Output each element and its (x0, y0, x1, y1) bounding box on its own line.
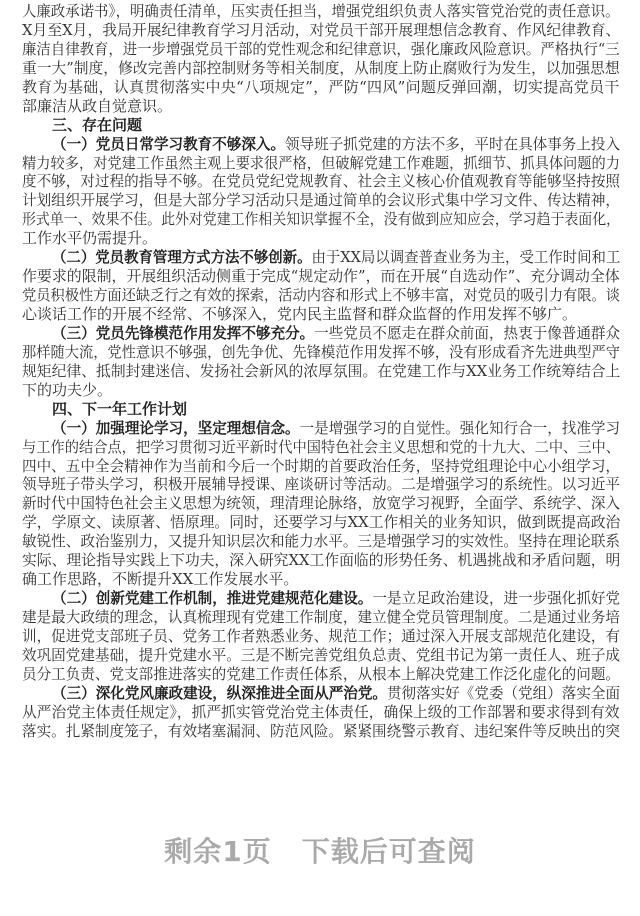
subheading: （三）深化党风廉政建设，纵深推进全面从严治党。 (52, 684, 387, 702)
paragraph-text: 贯彻落实好《党委（党组）落实全面 (387, 684, 620, 702)
paragraph-start: （二）创新党建工作机制，推进党建规范化建设。一是立足政治建设，进一步强化抓好党 (22, 589, 620, 608)
text-line: 训，促进党支部班子员、党务工作者熟悉业务、规范工作；通过深入开展支部规范化建设，… (22, 627, 620, 646)
text-line: 人廉政承诺书》，明确责任清单，压实责任担当，增强党组织负责人落实管党治党的责任意… (22, 2, 620, 21)
text-line: 敏锐性、政治鉴别力，又提升知识层次和能力水平。三是增强学习的实效性。坚持在理论联… (22, 532, 620, 551)
text-line: 领导班子带头学习，积极开展辅导授课、座谈研讨等活动。二是增强学习的系统性。以习近… (22, 475, 620, 494)
text-line: 与工作的结合点，把学习贯彻习近平新时代中国特色社会主义思想和党的十九大、二中、三… (22, 438, 620, 457)
text-line: 学，学原文、读原著、悟原理。同时，还要学习与XX工作相关的业务知识，做到既提高政… (22, 513, 620, 532)
text-line: 工作水平仍需提升。 (22, 229, 620, 248)
text-line: 形式单一、效果不佳。此外对党建工作相关知识掌握不全，没有做到应知应会，学习趋于表… (22, 210, 620, 229)
subheading: （二）党员教育管理方式方法不够创新。 (52, 248, 312, 266)
text-line: 从严治党主体责任规定》，抓严抓实管党治党主体责任，确保上级的工作部署和要求得到有… (22, 703, 620, 722)
section-heading-plan: 四、下一年工作计划 (22, 400, 620, 419)
paragraph-start: （三）深化党风廉政建设，纵深推进全面从严治党。贯彻落实好《党委（党组）落实全面 (22, 684, 620, 703)
text-line: 建是最大政绩的理念，认真梳理现有党建工作制度，建立健全党员管理制度。二是通过业务… (22, 608, 620, 627)
subheading: （二）创新党建工作机制，推进党建规范化建设。 (52, 589, 372, 607)
text-line: 新时代中国特色社会主义思想为统领，理清理论脉络，放宽学习视野，全面学、系统学、深… (22, 494, 620, 513)
remaining-pages-label: 剩余1页 (164, 830, 271, 870)
paragraph-text: 领导班子抓党建的方法不多，平时在具体事务上投入 (285, 135, 620, 153)
section-heading-problems: 三、存在问题 (22, 116, 620, 135)
text-line: 教育为基础，认真贯彻落实中央“八项规定”，严防“四风”问题反弹回潮，切实提高党员… (22, 78, 620, 97)
text-line: 效巩固党建基础，提升党建水平。三是不断完善党组负总责、党组书记为第一责任人、班子… (22, 646, 620, 665)
paragraph-text: 一些党员不愿走在群众前面，热衷于像普通群众 (314, 324, 620, 342)
document-page: 人廉政承诺书》，明确责任清单，压实责任担当，增强党组织负责人落实管党治党的责任意… (22, 2, 620, 741)
paragraph-text: 由于XX局以调查普查业务为主，受工作时间和工 (312, 248, 621, 266)
text-line: 重一大”制度，修改完善内部控制财务等相关制度，从制度上防止腐败行为发生，以加强思… (22, 59, 620, 78)
paragraph-start: （三）党员先锋模范作用发挥不够充分。一些党员不愿走在群众前面，热衷于像普通群众 (22, 324, 620, 343)
text-line: 作要求的限制，开展组织活动侧重于完成“规定动作”，而在开展“自选动作”、充分调动… (22, 267, 620, 286)
text-line: 实际、理论指导实践上下功夫，深入研究XX工作面临的形势任务、机遇挑战和矛盾问题，… (22, 551, 620, 570)
text-line: 四中、五中全会精神作为当前和今后一个时期的首要政治任务，坚持党组理论中心小组学习… (22, 457, 620, 476)
text-line: 党员积极性方面还缺乏行之有效的探索，活动内容和形式上不够丰富，对党员的吸引力有限… (22, 286, 620, 305)
text-line: 规矩纪律、抵制封建迷信、发扬社会新风的浓厚氛围。在党建工作与XX业务工作统筹结合… (22, 362, 620, 381)
text-line: 那样随大流，党性意识不够强，创先争优、先锋模范作用发挥不够，没有形成看齐先进典型… (22, 343, 620, 362)
text-line: X月至X月，我局开展纪律教育学习月活动，对党员干部开展理想信念教育、作风纪律教育… (22, 21, 620, 40)
text-line: 下的功夫少。 (22, 381, 620, 400)
text-line: 员分工负责、党支部推进落实的党建工作责任体系，从根本上解决党建工作泛化虚化的问题… (22, 665, 620, 684)
paragraph-start: （二）党员教育管理方式方法不够创新。由于XX局以调查普查业务为主，受工作时间和工 (22, 248, 620, 267)
text-line: 心谈话工作的开展不经常、不够深入，党内民主监督和群众监督的作用发挥不够广。 (22, 305, 620, 324)
paragraph-text: 一是增强学习的自觉性。强化知行合一，找准学习 (300, 419, 620, 437)
text-line: 精力较多，对党建工作虽然主观上要求很严格，但破解党建工作难题，抓细节、抓具体问题… (22, 154, 620, 173)
download-prompt-label[interactable]: 下载后可查阅 (302, 830, 476, 870)
text-line: 部廉洁从政自觉意识。 (22, 97, 620, 116)
subheading: （三）党员先锋模范作用发挥不够充分。 (52, 324, 314, 342)
text-line: 廉洁自律教育，进一步增强党员干部的党性观念和纪律意识，强化廉政风险意识。严格执行… (22, 40, 620, 59)
paragraph-start: （一）加强理论学习，坚定理想信念。一是增强学习的自觉性。强化知行合一，找准学习 (22, 419, 620, 438)
text-line: 计划组织开展学习，但是大部分学习活动只是通过简单的会议形式集中学习文件、传达精神… (22, 191, 620, 210)
text-line: 度不够，对过程的指导不够。在党员党纪党规教育、社会主义核心价值观教育等能够坚持按… (22, 172, 620, 191)
paragraph-text: 一是立足政治建设，进一步强化抓好党 (372, 589, 620, 607)
subheading: （一）党员日常学习教育不够深入。 (52, 135, 285, 153)
download-to-view-banner[interactable]: 剩余1页下载后可查阅 (0, 830, 640, 870)
text-line: 落实。扎紧制度笼子，有效堵塞漏洞、防范风险。紧紧围绕警示教育、违纪案件等反映出的… (22, 722, 620, 741)
subheading: （一）加强理论学习，坚定理想信念。 (52, 419, 300, 437)
paragraph-start: （一）党员日常学习教育不够深入。领导班子抓党建的方法不多，平时在具体事务上投入 (22, 135, 620, 154)
text-line: 确工作思路，不断提升XX工作发展水平。 (22, 570, 620, 589)
